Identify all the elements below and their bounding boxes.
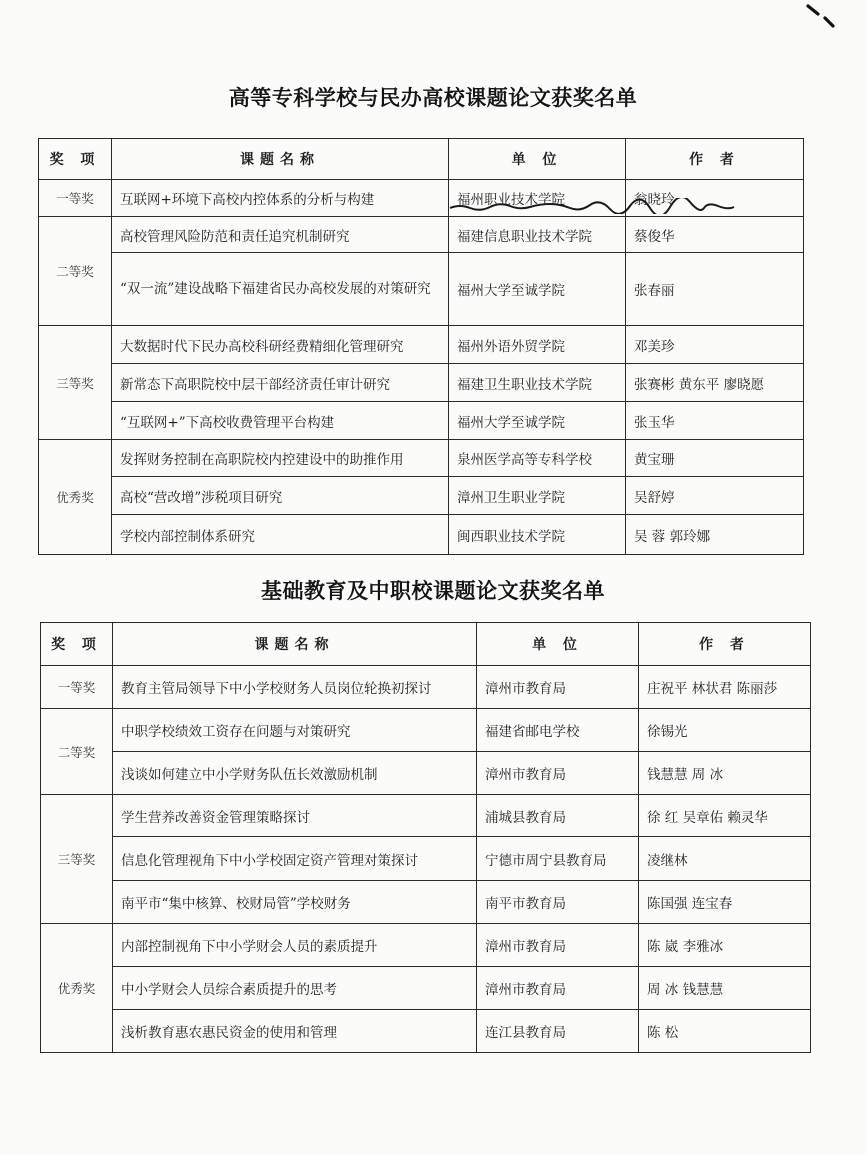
table-row: 优秀奖 发挥财务控制在高职院校内控建设中的助推作用 泉州医学高等专科学校 黄宝珊 (39, 440, 804, 477)
unit-cell: 宁德市周宁县教育局 (477, 837, 639, 881)
author-cell: 陈 崴 李雅冰 (639, 924, 811, 967)
topic-cell: 学生营养改善资金管理策略探讨 (113, 795, 477, 837)
table-row: 信息化管理视角下中小学校固定资产管理对策探讨 宁德市周宁县教育局 凌继林 (41, 837, 811, 881)
table-row: 优秀奖 内部控制视角下中小学财会人员的素质提升 漳州市教育局 陈 崴 李雅冰 (41, 924, 811, 967)
header-unit: 单 位 (449, 139, 626, 180)
topic-cell: 大数据时代下民办高校科研经费精细化管理研究 (112, 326, 449, 364)
table-row: 三等奖 大数据时代下民办高校科研经费精细化管理研究 福州外语外贸学院 邓美珍 (39, 326, 804, 364)
topic-cell: 浅析教育惠农惠民资金的使用和管理 (113, 1010, 477, 1053)
author-cell: 陈 松 (639, 1010, 811, 1053)
unit-cell: 漳州市教育局 (477, 967, 639, 1010)
unit-cell: 福州大学至诚学院 (449, 253, 626, 326)
topic-cell: 内部控制视角下中小学财会人员的素质提升 (113, 924, 477, 967)
header-author: 作 者 (639, 623, 811, 666)
award-level: 三等奖 (39, 326, 112, 440)
unit-cell: 浦城县教育局 (477, 795, 639, 837)
unit-cell: 福建卫生职业技术学院 (449, 364, 626, 402)
author-cell: 吴舒婷 (626, 477, 804, 515)
table-row: “双一流”建设战略下福建省民办高校发展的对策研究 福州大学至诚学院 张春丽 (39, 253, 804, 326)
topic-cell: 教育主管局领导下中小学校财务人员岗位轮换初探讨 (113, 666, 477, 709)
author-cell: 徐 红 吴章佑 赖灵华 (639, 795, 811, 837)
unit-cell: 南平市教育局 (477, 881, 639, 924)
staple-mark-icon (800, 2, 840, 30)
unit-cell: 连江县教育局 (477, 1010, 639, 1053)
section2-title: 基础教育及中职校课题论文获奖名单 (0, 575, 866, 605)
table-row: 浅谈如何建立中小学财务队伍长效激励机制 漳州市教育局 钱慧慧 周 冰 (41, 752, 811, 795)
author-cell: 陈国强 连宝春 (639, 881, 811, 924)
section1-title: 高等专科学校与民办高校课题论文获奖名单 (0, 82, 866, 112)
author-cell: 邓美珍 (626, 326, 804, 364)
author-cell: 黄宝珊 (626, 440, 804, 477)
topic-cell: 信息化管理视角下中小学校固定资产管理对策探讨 (113, 837, 477, 881)
award-level: 二等奖 (41, 709, 113, 795)
author-cell: 凌继林 (639, 837, 811, 881)
header-unit: 单 位 (477, 623, 639, 666)
topic-cell: “双一流”建设战略下福建省民办高校发展的对策研究 (112, 253, 449, 326)
unit-cell: 漳州市教育局 (477, 924, 639, 967)
topic-cell: 新常态下高职院校中层干部经济责任审计研究 (112, 364, 449, 402)
author-cell: 蔡俊华 (626, 217, 804, 253)
topic-cell: 学校内部控制体系研究 (112, 515, 449, 555)
table-row: 新常态下高职院校中层干部经济责任审计研究 福建卫生职业技术学院 张赛彬 黄东平 … (39, 364, 804, 402)
header-topic: 课题名称 (113, 623, 477, 666)
unit-cell: 泉州医学高等专科学校 (449, 440, 626, 477)
unit-cell: 福建信息职业技术学院 (449, 217, 626, 253)
award-table-basic-education: 奖 项 课题名称 单 位 作 者 一等奖 教育主管局领导下中小学校财务人员岗位轮… (40, 622, 811, 1053)
table-header-row: 奖 项 课题名称 单 位 作 者 (39, 139, 804, 180)
topic-cell: 高校“营改增”涉税项目研究 (112, 477, 449, 515)
header-topic: 课题名称 (112, 139, 449, 180)
award-level: 优秀奖 (39, 440, 112, 555)
topic-cell: 南平市“集中核算、校财局管”学校财务 (113, 881, 477, 924)
table-row: 中小学财会人员综合素质提升的思考 漳州市教育局 周 冰 钱慧慧 (41, 967, 811, 1010)
table-row: 二等奖 高校管理风险防范和责任追究机制研究 福建信息职业技术学院 蔡俊华 (39, 217, 804, 253)
award-level: 三等奖 (41, 795, 113, 924)
author-cell: 钱慧慧 周 冰 (639, 752, 811, 795)
author-cell: 张玉华 (626, 402, 804, 440)
topic-cell: 高校管理风险防范和责任追究机制研究 (112, 217, 449, 253)
topic-cell: 中职学校绩效工资存在问题与对策研究 (113, 709, 477, 752)
award-level: 一等奖 (39, 180, 112, 217)
unit-cell: 福建省邮电学校 (477, 709, 639, 752)
award-level: 二等奖 (39, 217, 112, 326)
unit-cell: 漳州市教育局 (477, 666, 639, 709)
table-row: 浅析教育惠农惠民资金的使用和管理 连江县教育局 陈 松 (41, 1010, 811, 1053)
author-cell: 翁晓玲 (626, 180, 804, 217)
award-level: 优秀奖 (41, 924, 113, 1053)
table-row: 南平市“集中核算、校财局管”学校财务 南平市教育局 陈国强 连宝春 (41, 881, 811, 924)
award-table-higher-education: 奖 项 课题名称 单 位 作 者 一等奖 互联网+环境下高校内控体系的分析与构建… (38, 138, 804, 555)
unit-cell: 福州大学至诚学院 (449, 402, 626, 440)
author-cell: 吴 蓉 郭玲娜 (626, 515, 804, 555)
unit-cell: 漳州市教育局 (477, 752, 639, 795)
table-row: 二等奖 中职学校绩效工资存在问题与对策研究 福建省邮电学校 徐锡光 (41, 709, 811, 752)
topic-cell: 浅谈如何建立中小学财务队伍长效激励机制 (113, 752, 477, 795)
topic-cell: “互联网+”下高校收费管理平台构建 (112, 402, 449, 440)
table-row: 三等奖 学生营养改善资金管理策略探讨 浦城县教育局 徐 红 吴章佑 赖灵华 (41, 795, 811, 837)
unit-cell: 漳州卫生职业学院 (449, 477, 626, 515)
table-row: 一等奖 互联网+环境下高校内控体系的分析与构建 福州职业技术学院 翁晓玲 (39, 180, 804, 217)
unit-cell: 福州职业技术学院 (449, 180, 626, 217)
table-row: “互联网+”下高校收费管理平台构建 福州大学至诚学院 张玉华 (39, 402, 804, 440)
table-row: 高校“营改增”涉税项目研究 漳州卫生职业学院 吴舒婷 (39, 477, 804, 515)
author-cell: 张赛彬 黄东平 廖晓愿 (626, 364, 804, 402)
header-award: 奖 项 (39, 139, 112, 180)
author-cell: 徐锡光 (639, 709, 811, 752)
unit-cell: 闽西职业技术学院 (449, 515, 626, 555)
header-author: 作 者 (626, 139, 804, 180)
table-row: 学校内部控制体系研究 闽西职业技术学院 吴 蓉 郭玲娜 (39, 515, 804, 555)
author-cell: 张春丽 (626, 253, 804, 326)
table-header-row: 奖 项 课题名称 单 位 作 者 (41, 623, 811, 666)
table-row: 一等奖 教育主管局领导下中小学校财务人员岗位轮换初探讨 漳州市教育局 庄祝平 林… (41, 666, 811, 709)
unit-cell: 福州外语外贸学院 (449, 326, 626, 364)
header-award: 奖 项 (41, 623, 113, 666)
topic-cell: 中小学财会人员综合素质提升的思考 (113, 967, 477, 1010)
topic-cell: 互联网+环境下高校内控体系的分析与构建 (112, 180, 449, 217)
topic-cell: 发挥财务控制在高职院校内控建设中的助推作用 (112, 440, 449, 477)
author-cell: 周 冰 钱慧慧 (639, 967, 811, 1010)
author-cell: 庄祝平 林状君 陈丽莎 (639, 666, 811, 709)
award-level: 一等奖 (41, 666, 113, 709)
